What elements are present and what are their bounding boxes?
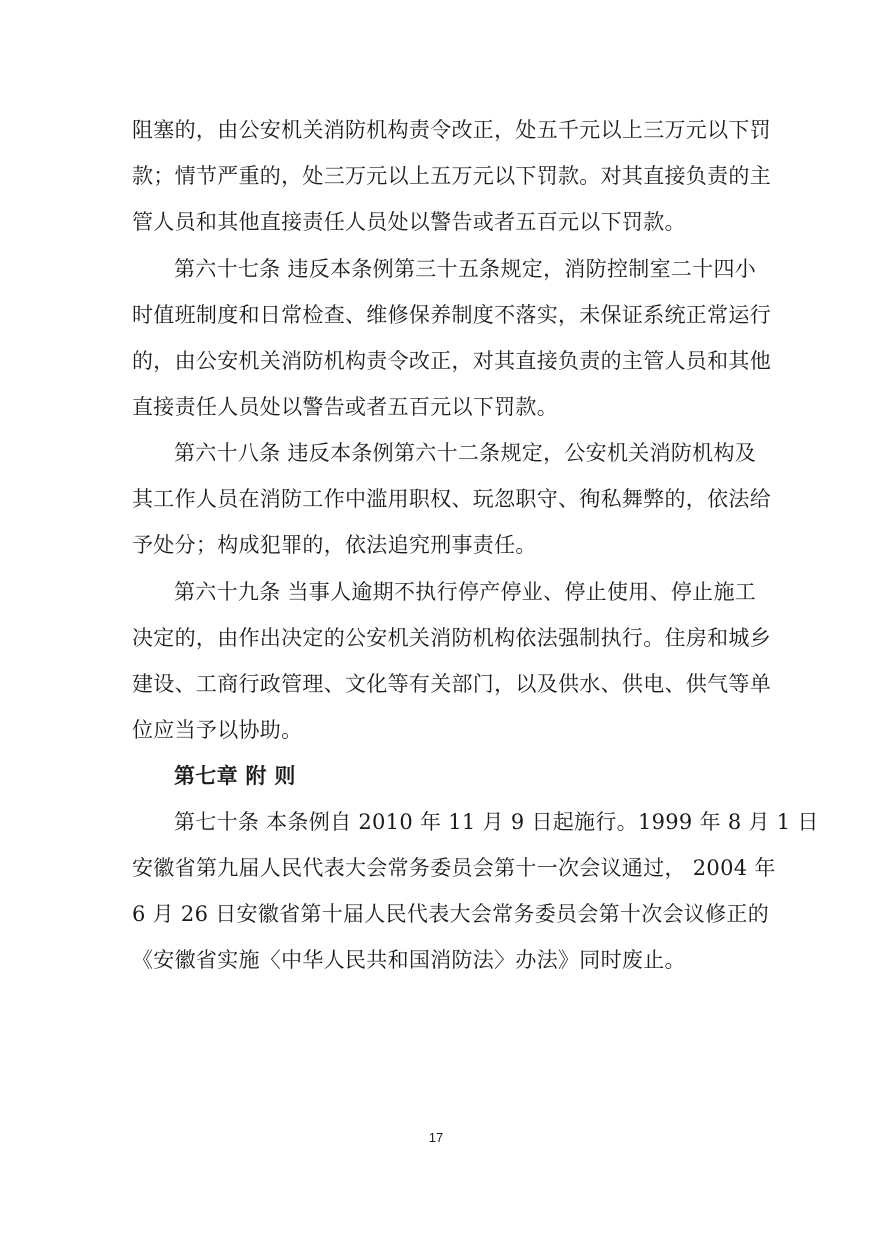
text-line: 款；情节严重的，处三万元以上五万元以下罚款。对其直接负责的主 <box>0 164 872 188</box>
document-page: 阻塞的，由公安机关消防机构责令改正，处五千元以上三万元以下罚 款；情节严重的，处… <box>0 0 872 1234</box>
article-68-heading-line: 第六十八条 违反本条例第六十二条规定，公安机关消防机构及 <box>0 441 872 465</box>
text-line: 阻塞的，由公安机关消防机构责令改正，处五千元以上三万元以下罚 <box>0 118 872 142</box>
text-line: 决定的，由作出决定的公安机关消防机构依法强制执行。住房和城乡 <box>0 626 872 650</box>
text-line: 管人员和其他直接责任人员处以警告或者五百元以下罚款。 <box>0 210 872 234</box>
article-69-heading-line: 第六十九条 当事人逾期不执行停产停业、停止使用、停止施工 <box>0 580 872 604</box>
text-line: 安徽省第九届人民代表大会常务委员会第十一次会议通过， 2004 年 <box>0 856 872 880</box>
article-67-heading-line: 第六十七条 违反本条例第三十五条规定，消防控制室二十四小 <box>0 257 872 281</box>
text-line: 位应当予以协助。 <box>0 718 872 742</box>
text-line: 直接责任人员处以警告或者五百元以下罚款。 <box>0 395 872 419</box>
chapter-heading: 第七章 附 则 <box>0 764 872 788</box>
text-line: 时值班制度和日常检查、维修保养制度不落实，未保证系统正常运行 <box>0 303 872 327</box>
text-line: 6 月 26 日安徽省第十届人民代表大会常务委员会第十次会议修正的 <box>0 902 872 926</box>
text-line: 的，由公安机关消防机构责令改正，对其直接负责的主管人员和其他 <box>0 349 872 373</box>
page-number: 17 <box>0 1130 872 1145</box>
text-line: 予处分；构成犯罪的，依法追究刑事责任。 <box>0 533 872 557</box>
text-line: 建设、工商行政管理、文化等有关部门，以及供水、供电、供气等单 <box>0 672 872 696</box>
text-line: 《安徽省实施〈中华人民共和国消防法〉办法》同时废止。 <box>0 948 872 972</box>
text-line: 其工作人员在消防工作中滥用职权、玩忽职守、徇私舞弊的，依法给 <box>0 487 872 511</box>
article-70-heading-line: 第七十条 本条例自 2010 年 11 月 9 日起施行。1999 年 8 月 … <box>0 810 872 834</box>
